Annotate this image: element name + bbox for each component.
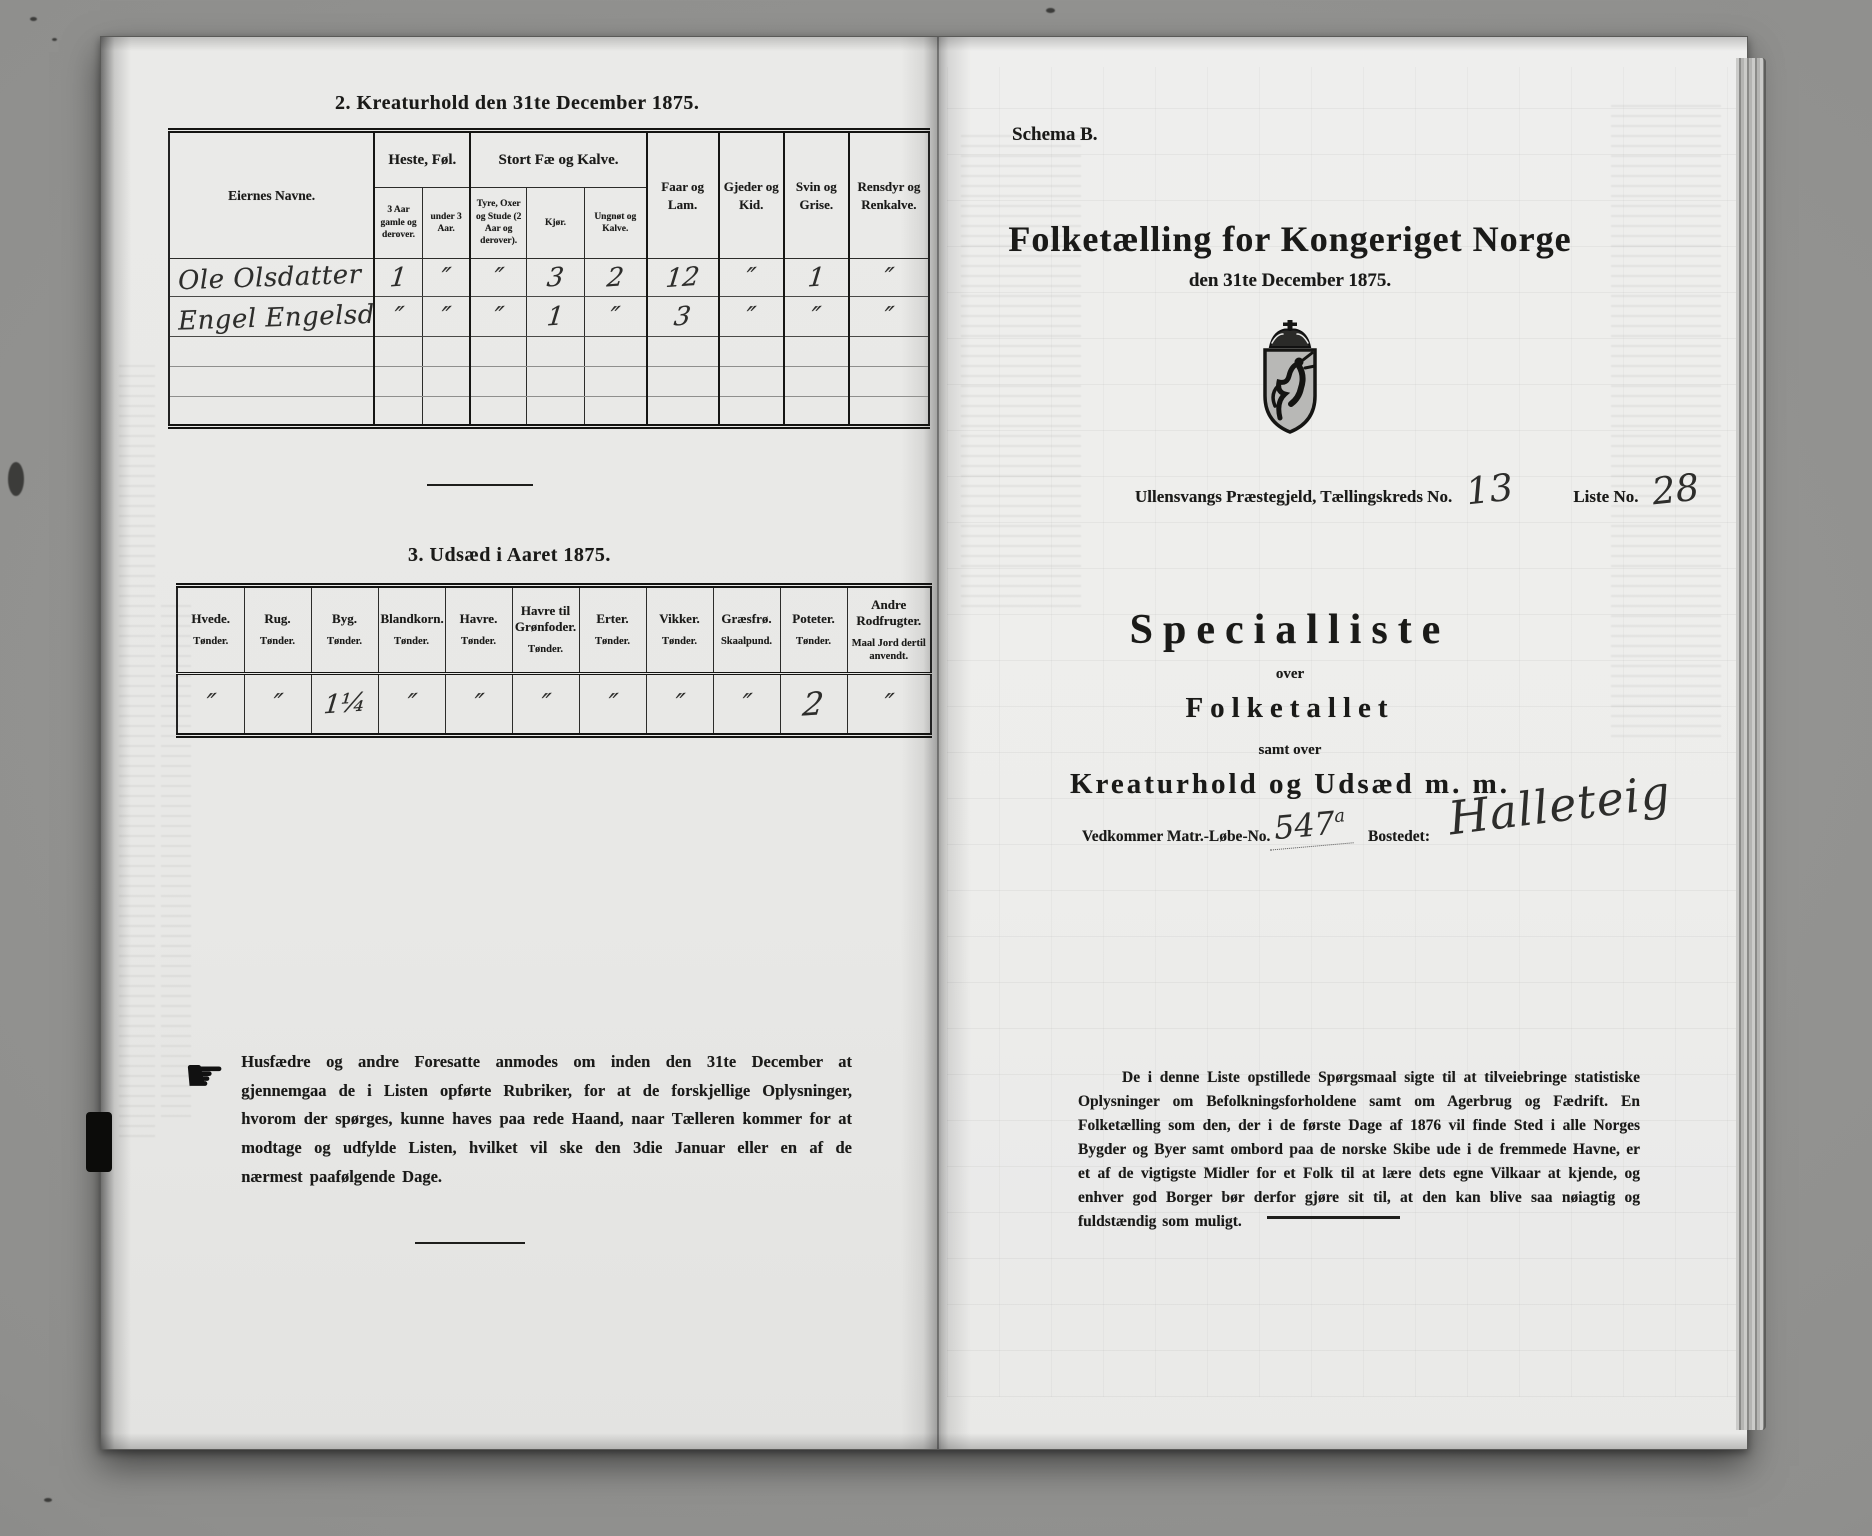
value-cell: ″ — [445, 674, 512, 736]
empty-cell — [849, 337, 929, 367]
handwritten-value: ″ — [405, 689, 418, 720]
owner-name-cell: Engel Engelsdatter — [169, 297, 374, 337]
col-header-graesfro: Græsfrø.Skaalpund. — [713, 586, 780, 674]
col-unit: Tønder. — [180, 636, 242, 649]
col-header-rug: Rug.Tønder. — [244, 586, 311, 674]
col-header-bulls: Tyre, Oxer og Stude (2 Aar og derover). — [470, 188, 526, 259]
col-label: Blandkorn. — [381, 611, 443, 627]
livestock-table-title: 2. Kreaturhold den 31te December 1875. — [335, 92, 699, 115]
col-label: Græsfrø. — [716, 611, 778, 627]
seed-table: Hvede.Tønder. Rug.Tønder. Byg.Tønder. Bl… — [176, 583, 932, 738]
empty-cell — [470, 367, 526, 397]
owner-name-cell: Ole Olsdatter — [169, 259, 374, 297]
footer-rule-left — [415, 1242, 525, 1244]
handwritten-value: 12 — [664, 261, 701, 293]
book-fold-line — [937, 37, 939, 1449]
empty-cell — [374, 397, 422, 427]
col-header-havre: Havre.Tønder. — [445, 586, 512, 674]
table-row: Engel Engelsdatter ″ ″ ″ 1 ″ 3 ″ ″ ″ — [169, 297, 929, 337]
list-heading-over: over — [1000, 666, 1580, 683]
empty-cell — [647, 397, 719, 427]
handwritten-value: 1 — [546, 301, 566, 332]
col-header-horses-young: under 3 Aar. — [422, 188, 470, 259]
matr-number-digits: 547 — [1272, 804, 1336, 847]
district-number-handwritten: 13 — [1464, 466, 1515, 514]
empty-cell — [374, 367, 422, 397]
value-cell: ″ — [585, 297, 647, 337]
col-header-owner: Eiernes Navne. — [169, 131, 374, 259]
empty-cell — [784, 367, 849, 397]
empty-row — [169, 367, 929, 397]
handwritten-name: Ole Olsdatter — [178, 259, 363, 295]
manicule-icon: ☛ — [184, 1052, 225, 1192]
book-top-edge — [101, 37, 1747, 51]
livestock-table: Eiernes Navne. Heste, Føl. Stort Fæ og K… — [168, 128, 930, 429]
empty-cell — [422, 397, 470, 427]
value-cell: 3 — [647, 297, 719, 337]
handwritten-value: ″ — [440, 262, 453, 293]
value-cell: ″ — [422, 297, 470, 337]
col-label: Rug. — [247, 611, 309, 627]
value-cell: 12 — [647, 259, 719, 297]
census-title: Folketælling for Kongeriget Norge — [1000, 218, 1580, 260]
handwritten-name: Engel Engelsdatter — [178, 297, 375, 336]
table-row: Ole Olsdatter 1 ″ ″ 3 2 12 ″ 1 ″ — [169, 259, 929, 297]
value-cell: 1 — [374, 259, 422, 297]
value-cell: ″ — [849, 259, 929, 297]
empty-cell — [374, 337, 422, 367]
col-label: Poteter. — [783, 611, 845, 627]
value-cell: ″ — [512, 674, 579, 736]
seed-header-row: Hvede.Tønder. Rug.Tønder. Byg.Tønder. Bl… — [177, 586, 931, 674]
list-heading-folketallet: Folketallet — [1000, 692, 1580, 725]
col-label: Havre. — [448, 611, 510, 627]
explanatory-paragraph: De i denne Liste opstillede Spørgsmaal s… — [1078, 1066, 1640, 1234]
scanned-census-document: 2. Kreaturhold den 31te December 1875. E… — [0, 0, 1872, 1536]
col-label: Havre til Grønfoder. — [515, 603, 577, 636]
value-cell: ″ — [177, 674, 244, 736]
empty-cell — [719, 367, 784, 397]
col-label: Erter. — [582, 611, 644, 627]
scan-speck — [44, 1498, 52, 1502]
empty-cell — [647, 367, 719, 397]
district-label: Ullensvangs Præstegjeld, Tællingskreds N… — [1135, 487, 1452, 507]
handwritten-value: ″ — [882, 301, 895, 332]
value-cell: ″ — [646, 674, 713, 736]
col-unit: Tønder. — [649, 636, 711, 649]
reference-line: Vedkommer Matr.-Løbe-No. 547a Bostedet: … — [1080, 792, 1640, 882]
empty-row — [169, 397, 929, 427]
notice-block: ☛ Husfædre og andre Foresatte anmodes om… — [184, 1048, 852, 1192]
value-cell: ″ — [244, 674, 311, 736]
scan-speck — [30, 17, 37, 21]
col-unit: Tønder. — [515, 644, 577, 657]
empty-cell — [169, 367, 374, 397]
col-label: Vikker. — [649, 611, 711, 627]
handwritten-value: ″ — [492, 301, 505, 332]
value-cell: ″ — [470, 297, 526, 337]
col-header-vikker: Vikker.Tønder. — [646, 586, 713, 674]
col-unit: Tønder. — [381, 636, 443, 649]
handwritten-value: ″ — [539, 689, 552, 720]
empty-cell — [585, 337, 647, 367]
scan-speck — [1046, 8, 1055, 13]
value-cell: 3 — [526, 259, 584, 297]
empty-cell — [470, 337, 526, 367]
value-cell: ″ — [849, 297, 929, 337]
empty-cell — [422, 337, 470, 367]
handwritten-value: ″ — [745, 262, 758, 293]
coat-of-arms-norway — [1253, 320, 1327, 446]
handwritten-value: ″ — [810, 301, 823, 332]
handwritten-value: ″ — [392, 301, 405, 332]
empty-cell — [526, 337, 584, 367]
empty-cell — [526, 397, 584, 427]
book-left-edge — [101, 37, 131, 1449]
empty-cell — [585, 397, 647, 427]
col-unit: Tønder. — [448, 636, 510, 649]
handwritten-value: ″ — [271, 689, 284, 720]
col-header-young-cattle: Ungnøt og Kalve. — [585, 188, 647, 259]
list-number-label: Liste No. — [1573, 487, 1638, 507]
empty-cell — [849, 397, 929, 427]
value-cell: ″ — [847, 674, 931, 736]
census-date: den 31te December 1875. — [1000, 270, 1580, 292]
value-cell: ″ — [378, 674, 445, 736]
col-header-reindeer: Rensdyr og Renkalve. — [849, 131, 929, 259]
empty-cell — [585, 367, 647, 397]
handwritten-value: ″ — [740, 689, 753, 720]
value-cell: ″ — [579, 674, 646, 736]
list-number-handwritten: 28 — [1650, 466, 1701, 514]
col-header-pigs: Svin og Grise. — [784, 131, 849, 259]
empty-cell — [422, 367, 470, 397]
handwritten-value: ″ — [440, 301, 453, 332]
header-row-groups: Eiernes Navne. Heste, Føl. Stort Fæ og K… — [169, 131, 929, 188]
col-unit: Skaalpund. — [716, 636, 778, 649]
col-unit: Tønder. — [783, 636, 845, 649]
scan-speck — [52, 38, 57, 41]
footer-rule-right — [1267, 1216, 1400, 1219]
value-cell: ″ — [422, 259, 470, 297]
value-cell: ″ — [374, 297, 422, 337]
handwritten-value: ″ — [492, 262, 505, 293]
handwritten-value: 1¼ — [322, 688, 367, 721]
matr-number-suffix: a — [1333, 805, 1346, 827]
handwritten-value: ″ — [882, 262, 895, 293]
handwritten-value: ″ — [882, 689, 895, 720]
notice-text: Husfædre og andre Foresatte anmodes om i… — [241, 1048, 852, 1192]
col-header-erter: Erter.Tønder. — [579, 586, 646, 674]
value-cell: ″ — [713, 674, 780, 736]
col-header-blandkorn: Blandkorn.Tønder. — [378, 586, 445, 674]
schema-label: Schema B. — [1012, 124, 1098, 146]
value-cell: 1 — [526, 297, 584, 337]
handwritten-value: 2 — [801, 684, 826, 723]
handwritten-value: 2 — [605, 262, 625, 293]
col-label: Hvede. — [180, 611, 242, 627]
empty-cell — [470, 397, 526, 427]
handwritten-value: 3 — [546, 262, 566, 293]
col-header-havre-gronfoder: Havre til Grønfoder.Tønder. — [512, 586, 579, 674]
handwritten-value: 1 — [806, 262, 826, 293]
value-cell: 2 — [585, 259, 647, 297]
handwritten-value: ″ — [606, 689, 619, 720]
col-header-andre-rodfrugter: Andre Rodfrugter.Maal Jord dertil anvend… — [847, 586, 931, 674]
section-divider-rule — [427, 484, 533, 486]
ink-blob — [86, 1112, 112, 1172]
seed-value-row: ″ ″ 1¼ ″ ″ ″ ″ ″ ″ 2 ″ — [177, 674, 931, 736]
col-group-horses: Heste, Føl. — [374, 131, 470, 188]
value-cell: ″ — [784, 297, 849, 337]
col-header-sheep: Faar og Lam. — [647, 131, 719, 259]
handwritten-value: ″ — [673, 689, 686, 720]
col-group-cattle: Stort Fæ og Kalve. — [470, 131, 646, 188]
list-heading-samt-over: samt over — [1000, 742, 1580, 759]
handwritten-value: ″ — [745, 301, 758, 332]
handwritten-value: 1 — [389, 262, 409, 293]
empty-cell — [849, 367, 929, 397]
empty-cell — [169, 397, 374, 427]
col-unit: Maal Jord dertil anvendt. — [850, 638, 929, 663]
col-header-hvede: Hvede.Tønder. — [177, 586, 244, 674]
matr-number-label: Vedkommer Matr.-Løbe-No. — [1082, 828, 1270, 846]
value-cell: 2 — [780, 674, 847, 736]
col-unit: Tønder. — [247, 636, 309, 649]
col-header-poteter: Poteter.Tønder. — [780, 586, 847, 674]
value-cell: ″ — [719, 259, 784, 297]
handwritten-value: ″ — [472, 689, 485, 720]
page-stack-edge — [1736, 58, 1766, 1430]
col-header-horses-old: 3 Aar gamle og derover. — [374, 188, 422, 259]
col-header-byg: Byg.Tønder. — [311, 586, 378, 674]
value-cell: 1¼ — [311, 674, 378, 736]
scan-speck — [8, 462, 24, 496]
district-line: Ullensvangs Præstegjeld, Tællingskreds N… — [1135, 468, 1714, 511]
empty-cell — [647, 337, 719, 367]
col-header-goats: Gjeder og Kid. — [719, 131, 784, 259]
empty-cell — [784, 397, 849, 427]
empty-cell — [784, 337, 849, 367]
handwritten-value: ″ — [204, 689, 217, 720]
empty-row — [169, 337, 929, 367]
value-cell: ″ — [719, 297, 784, 337]
empty-cell — [719, 397, 784, 427]
list-heading-main: Specialliste — [1000, 606, 1580, 654]
col-label: Andre Rodfrugter. — [850, 597, 929, 630]
col-unit: Tønder. — [314, 636, 376, 649]
book-bottom-edge — [101, 1433, 1747, 1449]
empty-cell — [526, 367, 584, 397]
value-cell: 1 — [784, 259, 849, 297]
empty-cell — [719, 337, 784, 367]
value-cell: ″ — [470, 259, 526, 297]
seed-table-title: 3. Udsæd i Aaret 1875. — [408, 544, 611, 567]
handwritten-value: 3 — [673, 301, 693, 332]
col-header-cows: Kjør. — [526, 188, 584, 259]
empty-cell — [169, 337, 374, 367]
col-label: Byg. — [314, 611, 376, 627]
matr-number-handwritten: 547a — [1266, 802, 1353, 850]
col-unit: Tønder. — [582, 636, 644, 649]
residence-label: Bostedet: — [1368, 828, 1430, 846]
handwritten-value: ″ — [609, 301, 622, 332]
